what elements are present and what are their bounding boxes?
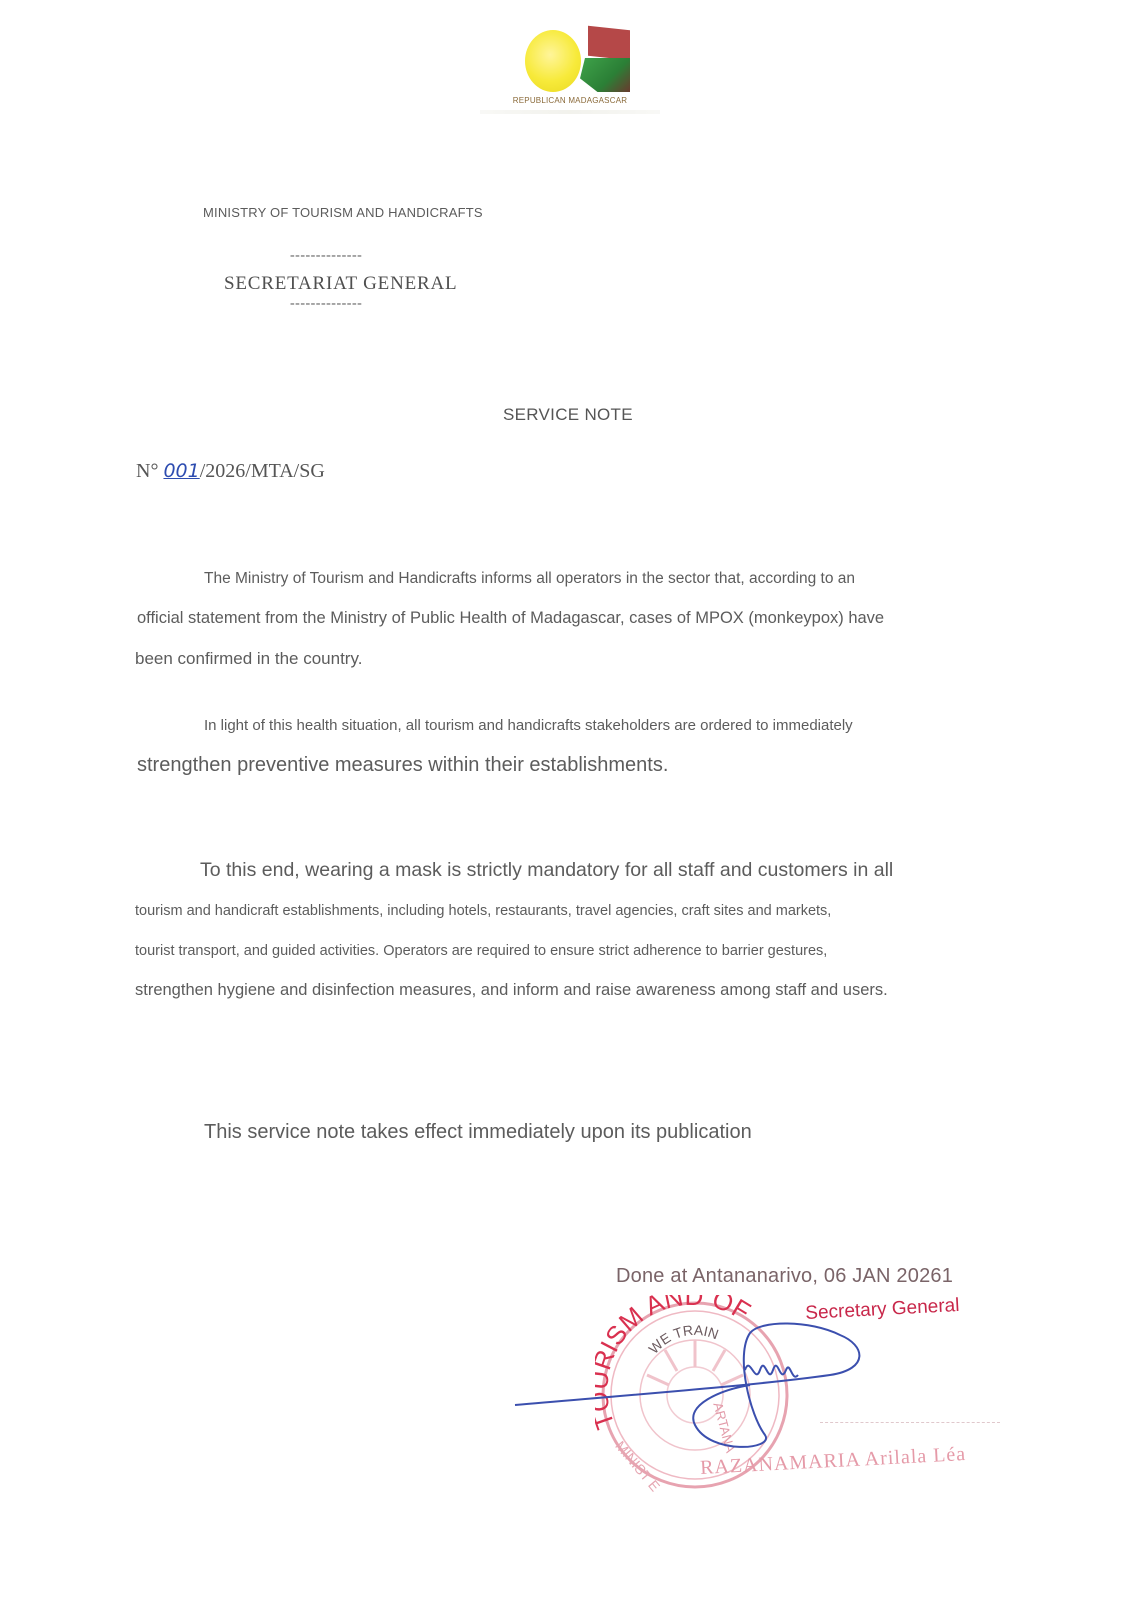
- paragraph-1-line-3: been confirmed in the country.: [135, 649, 362, 669]
- handwritten-signature-icon: [510, 1315, 1000, 1465]
- handwritten-number: 001: [163, 460, 199, 482]
- paragraph-3-line-3: tourist transport, and guided activities…: [135, 943, 827, 959]
- paragraph-1-line-2: official statement from the Ministry of …: [137, 609, 884, 628]
- paragraph-4-line-1: This service note takes effect immediate…: [204, 1121, 752, 1144]
- ministry-name: MINISTRY OF TOURISM AND HANDICRAFTS: [203, 205, 483, 220]
- reference-prefix: N°: [136, 460, 158, 482]
- paragraph-2-line-1: In light of this health situation, all t…: [204, 717, 853, 734]
- reference-suffix: /2026/MTA/SG: [200, 460, 325, 482]
- reference-number: N° 001/2026/MTA/SG: [136, 460, 325, 483]
- flag-red-band-icon: [588, 26, 630, 60]
- paragraph-2-line-2: strengthen preventive measures within th…: [137, 754, 668, 777]
- emblem-caption: REPUBLICAN MADAGASCAR: [480, 96, 660, 105]
- emblem-seal-icon: [525, 30, 581, 92]
- emblem-underline: [480, 110, 660, 114]
- paragraph-3-line-1: To this end, wearing a mask is strictly …: [200, 859, 893, 882]
- department-name: SECRETARIAT GENERAL: [224, 273, 457, 295]
- separator-top: --------------: [290, 248, 362, 264]
- paragraph-3-line-2: tourism and handicraft establishments, i…: [135, 903, 831, 919]
- national-emblem: REPUBLICAN MADAGASCAR: [480, 20, 660, 115]
- paragraph-3-line-4: strengthen hygiene and disinfection meas…: [135, 981, 888, 1000]
- paragraph-1-line-1: The Ministry of Tourism and Handicrafts …: [204, 570, 855, 588]
- document-title: SERVICE NOTE: [503, 405, 633, 425]
- place-and-date: Done at Antananarivo, 06 JAN 20261: [616, 1265, 953, 1288]
- flag-green-band-icon: [580, 58, 630, 92]
- separator-bottom: --------------: [290, 296, 362, 312]
- signature-line: [820, 1422, 1000, 1425]
